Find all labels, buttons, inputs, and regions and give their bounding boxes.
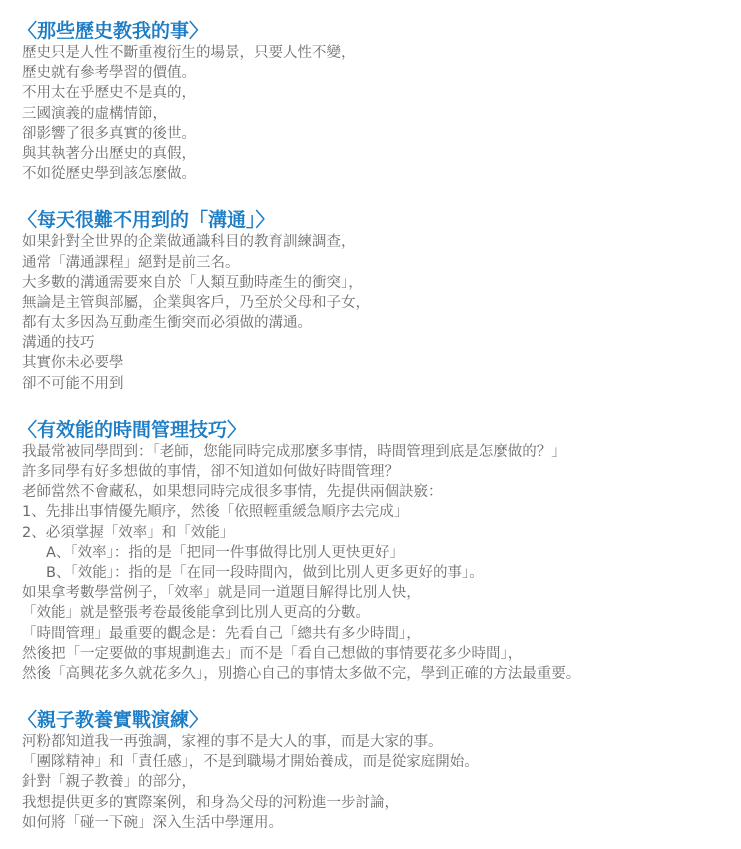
document: 〈那些歷史教我的事〉 歷史只是人性不斷重複衍生的場景，只要人性不變， 歷史就有參…: [0, 0, 741, 833]
body-line: 然後「高興花多久就花多久」，別擔心自己的事情太多做不完，學到正確的方法最重要。: [22, 664, 741, 684]
body-line: 1、先排出事情優先順序，然後「依照輕重緩急順序去完成」: [22, 502, 741, 522]
body-line: 卻不可能不用到: [22, 374, 741, 394]
body-line: 「時間管理」最重要的觀念是：先看自己「總共有多少時間」，: [22, 624, 741, 644]
body-line: 三國演義的虛構情節，: [22, 104, 741, 124]
body-line: 如果針對全世界的企業做通識科目的教育訓練調查，: [22, 232, 741, 252]
body-line: 河粉都知道我一再強調，家裡的事不是大人的事，而是大家的事。: [22, 732, 741, 752]
body-line: 溝通的技巧: [22, 333, 741, 353]
body-line: 不如從歷史學到該怎麼做。: [22, 164, 741, 184]
body-line: 我最常被同學問到：「老師，您能同時完成那麼多事情，時間管理到底是怎麼做的？」: [22, 442, 741, 462]
body-line: 歷史就有參考學習的價值。: [22, 63, 741, 83]
section-history: 〈那些歷史教我的事〉 歷史只是人性不斷重複衍生的場景，只要人性不變， 歷史就有參…: [22, 19, 741, 184]
body-line: 卻影響了很多真實的後世。: [22, 124, 741, 144]
body-line: 無論是主管與部屬，企業與客戶，乃至於父母和子女，: [22, 293, 741, 313]
section-communication: 〈每天很難不用到的「溝通」〉 如果針對全世界的企業做通識科目的教育訓練調查， 通…: [22, 208, 741, 394]
body-line: 歷史只是人性不斷重複衍生的場景，只要人性不變，: [22, 43, 741, 63]
section-heading: 〈有效能的時間管理技巧〉: [18, 418, 741, 442]
body-line: 許多同學有好多想做的事情，卻不知道如何做好時間管理？: [22, 462, 741, 482]
body-line-indented: A、「效率」：指的是「把同一件事做得比別人更快更好」: [22, 543, 741, 563]
body-line: 老師當然不會藏私，如果想同時完成很多事情，先提供兩個訣竅：: [22, 482, 741, 502]
section-parenting: 〈親子教養實戰演練〉 河粉都知道我一再強調，家裡的事不是大人的事，而是大家的事。…: [22, 708, 741, 833]
body-line: 通常「溝通課程」絕對是前三名。: [22, 253, 741, 273]
body-line: 2、必須掌握「效率」和「效能」: [22, 523, 741, 543]
body-line: 針對「親子教養」的部分，: [22, 772, 741, 792]
body-line: 「團隊精神」和「責任感」，不是到職場才開始養成，而是從家庭開始。: [22, 752, 741, 772]
body-line: 如何將「碰一下碗」深入生活中學運用。: [22, 813, 741, 833]
body-line: 其實你未必要學: [22, 353, 741, 373]
body-line: 「效能」就是整張考卷最後能拿到比別人更高的分數。: [22, 603, 741, 623]
body-line: 如果拿考數學當例子，「效率」就是同一道題目解得比別人快，: [22, 583, 741, 603]
body-line-indented: B、「效能」：指的是「在同一段時間內，做到比別人更多更好的事」。: [22, 563, 741, 583]
body-line: 然後把「一定要做的事規劃進去」而不是「看自己想做的事情要花多少時間」，: [22, 644, 741, 664]
section-heading: 〈那些歷史教我的事〉: [18, 19, 741, 43]
body-line: 不用太在乎歷史不是真的，: [22, 83, 741, 103]
section-heading: 〈每天很難不用到的「溝通」〉: [18, 208, 741, 232]
body-line: 我想提供更多的實際案例，和身為父母的河粉進一步討論，: [22, 793, 741, 813]
section-time-management: 〈有效能的時間管理技巧〉 我最常被同學問到：「老師，您能同時完成那麼多事情，時間…: [22, 418, 741, 684]
section-heading: 〈親子教養實戰演練〉: [18, 708, 741, 732]
body-line: 都有太多因為互動產生衝突而必須做的溝通。: [22, 313, 741, 333]
body-line: 與其執著分出歷史的真假，: [22, 144, 741, 164]
body-line: 大多數的溝通需要來自於「人類互動時產生的衝突」，: [22, 273, 741, 293]
